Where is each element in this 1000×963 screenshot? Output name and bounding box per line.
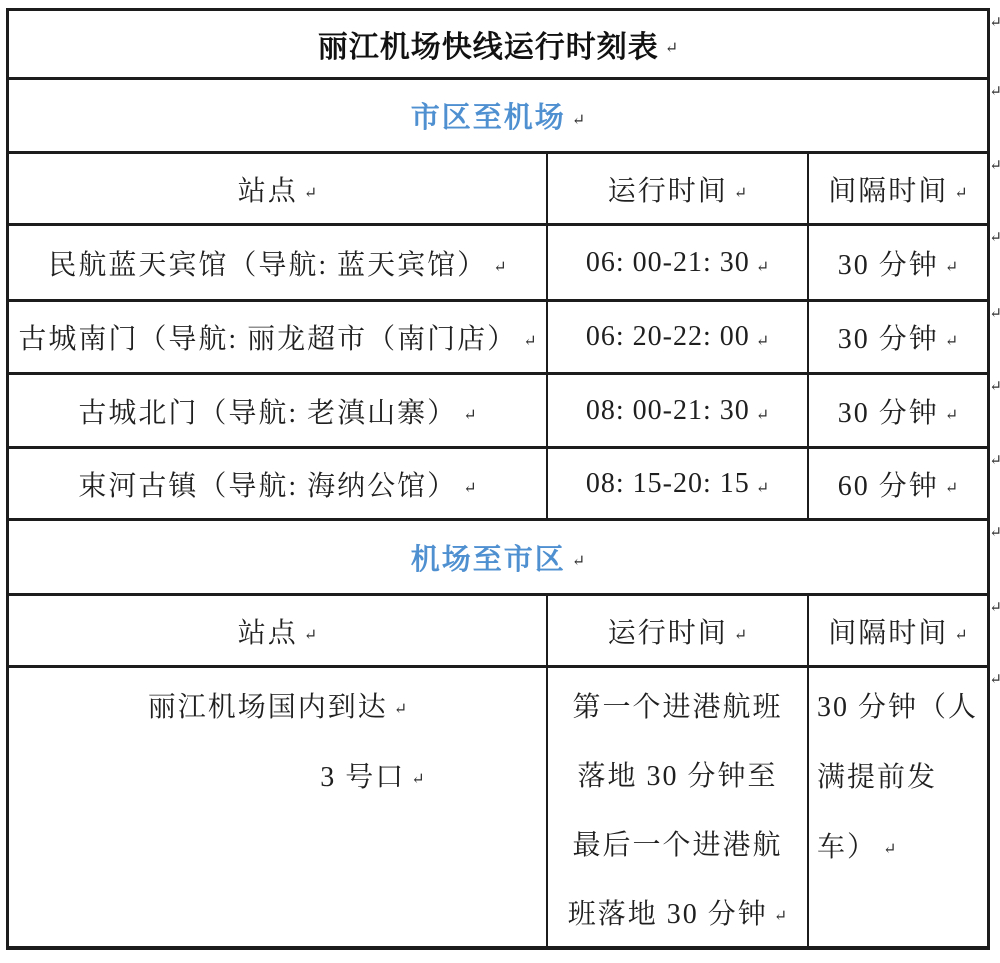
interval-cell: 30 分钟 ↵ <box>807 375 987 446</box>
table-row: 古城北门（导航: 老滇山寨） ↵ 08: 00-21: 30 ↵ 30 分钟 ↵… <box>9 372 987 446</box>
header-operating-time: 运行时间 ↵ <box>546 154 807 223</box>
time-line: 最后一个进港航 <box>548 808 807 877</box>
header-station-label: 站点 <box>238 169 298 209</box>
header-station: 站点 ↵ <box>9 596 546 665</box>
paragraph-mark: ↵ <box>394 699 407 719</box>
section-heading: 市区至机场 <box>411 95 566 136</box>
paragraph-mark: ↵ <box>954 183 967 203</box>
row-end-mark: ↵ <box>989 307 1000 322</box>
header-station-label: 站点 <box>238 611 298 651</box>
section-heading-row-airport-to-city: 机场至市区 ↵ ↵ <box>9 518 987 593</box>
station-cell: 束河古镇（导航: 海纳公馆） ↵ <box>9 449 546 518</box>
table-title-row: 丽江机场快线运行时刻表 ↵ ↵ <box>9 11 987 77</box>
table-row: 丽江机场国内到达 ↵ 3 号口 ↵ 第一个进港航班 落地 30 分钟至 最后一个… <box>9 665 987 946</box>
operating-time-line: 第一个进港航班 <box>572 685 782 725</box>
row-end-mark: ↵ <box>989 159 1000 174</box>
table-row: 束河古镇（导航: 海纳公馆） ↵ 08: 15-20: 15 ↵ 60 分钟 ↵… <box>9 446 987 518</box>
paragraph-mark: ↵ <box>411 769 424 789</box>
paragraph-mark: ↵ <box>304 625 317 645</box>
row-end-mark: ↵ <box>989 673 1000 688</box>
time-cell: 06: 20-22: 00 ↵ <box>546 302 807 372</box>
paragraph-mark: ↵ <box>945 331 958 351</box>
station-name: 古城南门（导航: 丽龙超市（南门店） <box>18 317 517 357</box>
table-title-cell: 丽江机场快线运行时刻表 ↵ <box>9 11 987 77</box>
paragraph-mark: ↵ <box>734 183 747 203</box>
row-end-mark: ↵ <box>989 16 1000 31</box>
interval-line: 30 分钟（人 <box>809 670 987 740</box>
paragraph-mark: ↵ <box>945 257 958 277</box>
operating-time-line: 落地 30 分钟至 <box>577 754 777 794</box>
paragraph-mark: ↵ <box>756 257 769 277</box>
paragraph-mark: ↵ <box>665 38 678 58</box>
interval-line: 满提前发 <box>809 740 987 810</box>
paragraph-mark: ↵ <box>572 110 585 130</box>
table-row: 古城南门（导航: 丽龙超市（南门店） ↵ 06: 20-22: 00 ↵ 30 … <box>9 299 987 372</box>
paragraph-mark: ↵ <box>774 906 787 926</box>
paragraph-mark: ↵ <box>756 478 769 498</box>
interval-time-line: 30 分钟（人 <box>817 685 978 725</box>
header-operating-time-label: 运行时间 <box>608 169 728 209</box>
header-station: 站点 ↵ <box>9 154 546 223</box>
interval-cell: 60 分钟 ↵ <box>807 449 987 518</box>
time-line: 落地 30 分钟至 <box>548 739 807 808</box>
interval-time: 30 分钟 <box>838 317 939 357</box>
station-name-line: 3 号口 <box>320 755 405 795</box>
interval-time-line: 满提前发 <box>817 755 937 795</box>
time-cell: 06: 00-21: 30 ↵ <box>546 226 807 299</box>
time-cell: 第一个进港航班 落地 30 分钟至 最后一个进港航 班落地 30 分钟 ↵ <box>546 668 807 946</box>
paragraph-mark: ↵ <box>523 331 536 351</box>
paragraph-mark: ↵ <box>304 183 317 203</box>
paragraph-mark: ↵ <box>734 625 747 645</box>
paragraph-mark: ↵ <box>945 405 958 425</box>
interval-line: 车） ↵ <box>809 810 987 880</box>
paragraph-mark: ↵ <box>493 257 506 277</box>
station-cell: 古城南门（导航: 丽龙超市（南门店） ↵ <box>9 302 546 372</box>
row-end-mark: ↵ <box>989 85 1000 100</box>
row-end-mark: ↵ <box>989 526 1000 541</box>
interval-time: 30 分钟 <box>838 391 939 431</box>
interval-time: 30 分钟 <box>838 243 939 283</box>
row-end-mark: ↵ <box>989 601 1000 616</box>
station-cell: 丽江机场国内到达 ↵ 3 号口 ↵ <box>9 668 546 946</box>
station-line: 3 号口 ↵ <box>104 740 546 810</box>
paragraph-mark: ↵ <box>463 405 476 425</box>
interval-cell: 30 分钟 ↵ <box>807 302 987 372</box>
time-cell: 08: 00-21: 30 ↵ <box>546 375 807 446</box>
station-name: 古城北门（导航: 老滇山寨） <box>78 391 457 431</box>
header-interval-time-label: 间隔时间 <box>828 169 948 209</box>
header-interval-time: 间隔时间 ↵ <box>807 596 987 665</box>
operating-time: 08: 15-20: 15 <box>586 468 750 500</box>
header-operating-time-label: 运行时间 <box>608 611 728 651</box>
operating-time-line: 班落地 30 分钟 <box>568 892 768 932</box>
header-interval-time-label: 间隔时间 <box>828 611 948 651</box>
station-cell: 民航蓝天宾馆（导航: 蓝天宾馆） ↵ <box>9 226 546 299</box>
interval-time: 60 分钟 <box>838 464 939 504</box>
paragraph-mark: ↵ <box>463 478 476 498</box>
station-cell: 古城北门（导航: 老滇山寨） ↵ <box>9 375 546 446</box>
station-line: 丽江机场国内到达 ↵ <box>9 670 546 740</box>
interval-cell: 30 分钟 ↵ <box>807 226 987 299</box>
paragraph-mark: ↵ <box>756 405 769 425</box>
station-name: 民航蓝天宾馆（导航: 蓝天宾馆） <box>48 243 487 283</box>
table-title: 丽江机场快线运行时刻表 <box>318 22 659 66</box>
section-heading-cell: 市区至机场 ↵ <box>9 80 987 151</box>
paragraph-mark: ↵ <box>756 331 769 351</box>
airport-express-timetable: 丽江机场快线运行时刻表 ↵ ↵ 市区至机场 ↵ ↵ 站点 ↵ 运行时间 ↵ 间隔… <box>6 8 990 950</box>
section-heading-row-city-to-airport: 市区至机场 ↵ ↵ <box>9 77 987 151</box>
time-cell: 08: 15-20: 15 ↵ <box>546 449 807 518</box>
row-end-mark: ↵ <box>989 231 1000 246</box>
station-name: 束河古镇（导航: 海纳公馆） <box>78 464 457 504</box>
time-line: 班落地 30 分钟 ↵ <box>548 877 807 946</box>
section-heading-cell: 机场至市区 ↵ <box>9 521 987 593</box>
operating-time: 06: 20-22: 00 <box>586 321 750 353</box>
table-row: 民航蓝天宾馆（导航: 蓝天宾馆） ↵ 06: 00-21: 30 ↵ 30 分钟… <box>9 223 987 299</box>
row-end-mark: ↵ <box>989 380 1000 395</box>
operating-time-line: 最后一个进港航 <box>572 823 782 863</box>
interval-cell: 30 分钟（人 满提前发 车） ↵ <box>807 668 987 946</box>
station-name-line: 丽江机场国内到达 <box>148 685 388 725</box>
operating-time: 08: 00-21: 30 <box>586 395 750 427</box>
paragraph-mark: ↵ <box>572 551 585 571</box>
paragraph-mark: ↵ <box>954 625 967 645</box>
header-operating-time: 运行时间 ↵ <box>546 596 807 665</box>
operating-time: 06: 00-21: 30 <box>586 247 750 279</box>
header-interval-time: 间隔时间 ↵ <box>807 154 987 223</box>
section-heading: 机场至市区 <box>411 537 566 578</box>
time-line: 第一个进港航班 <box>548 670 807 739</box>
row-end-mark: ↵ <box>989 454 1000 469</box>
paragraph-mark: ↵ <box>883 839 896 859</box>
interval-time-line: 车） <box>817 825 877 865</box>
header-row: 站点 ↵ 运行时间 ↵ 间隔时间 ↵ ↵ <box>9 151 987 223</box>
paragraph-mark: ↵ <box>945 478 958 498</box>
header-row: 站点 ↵ 运行时间 ↵ 间隔时间 ↵ ↵ <box>9 593 987 665</box>
